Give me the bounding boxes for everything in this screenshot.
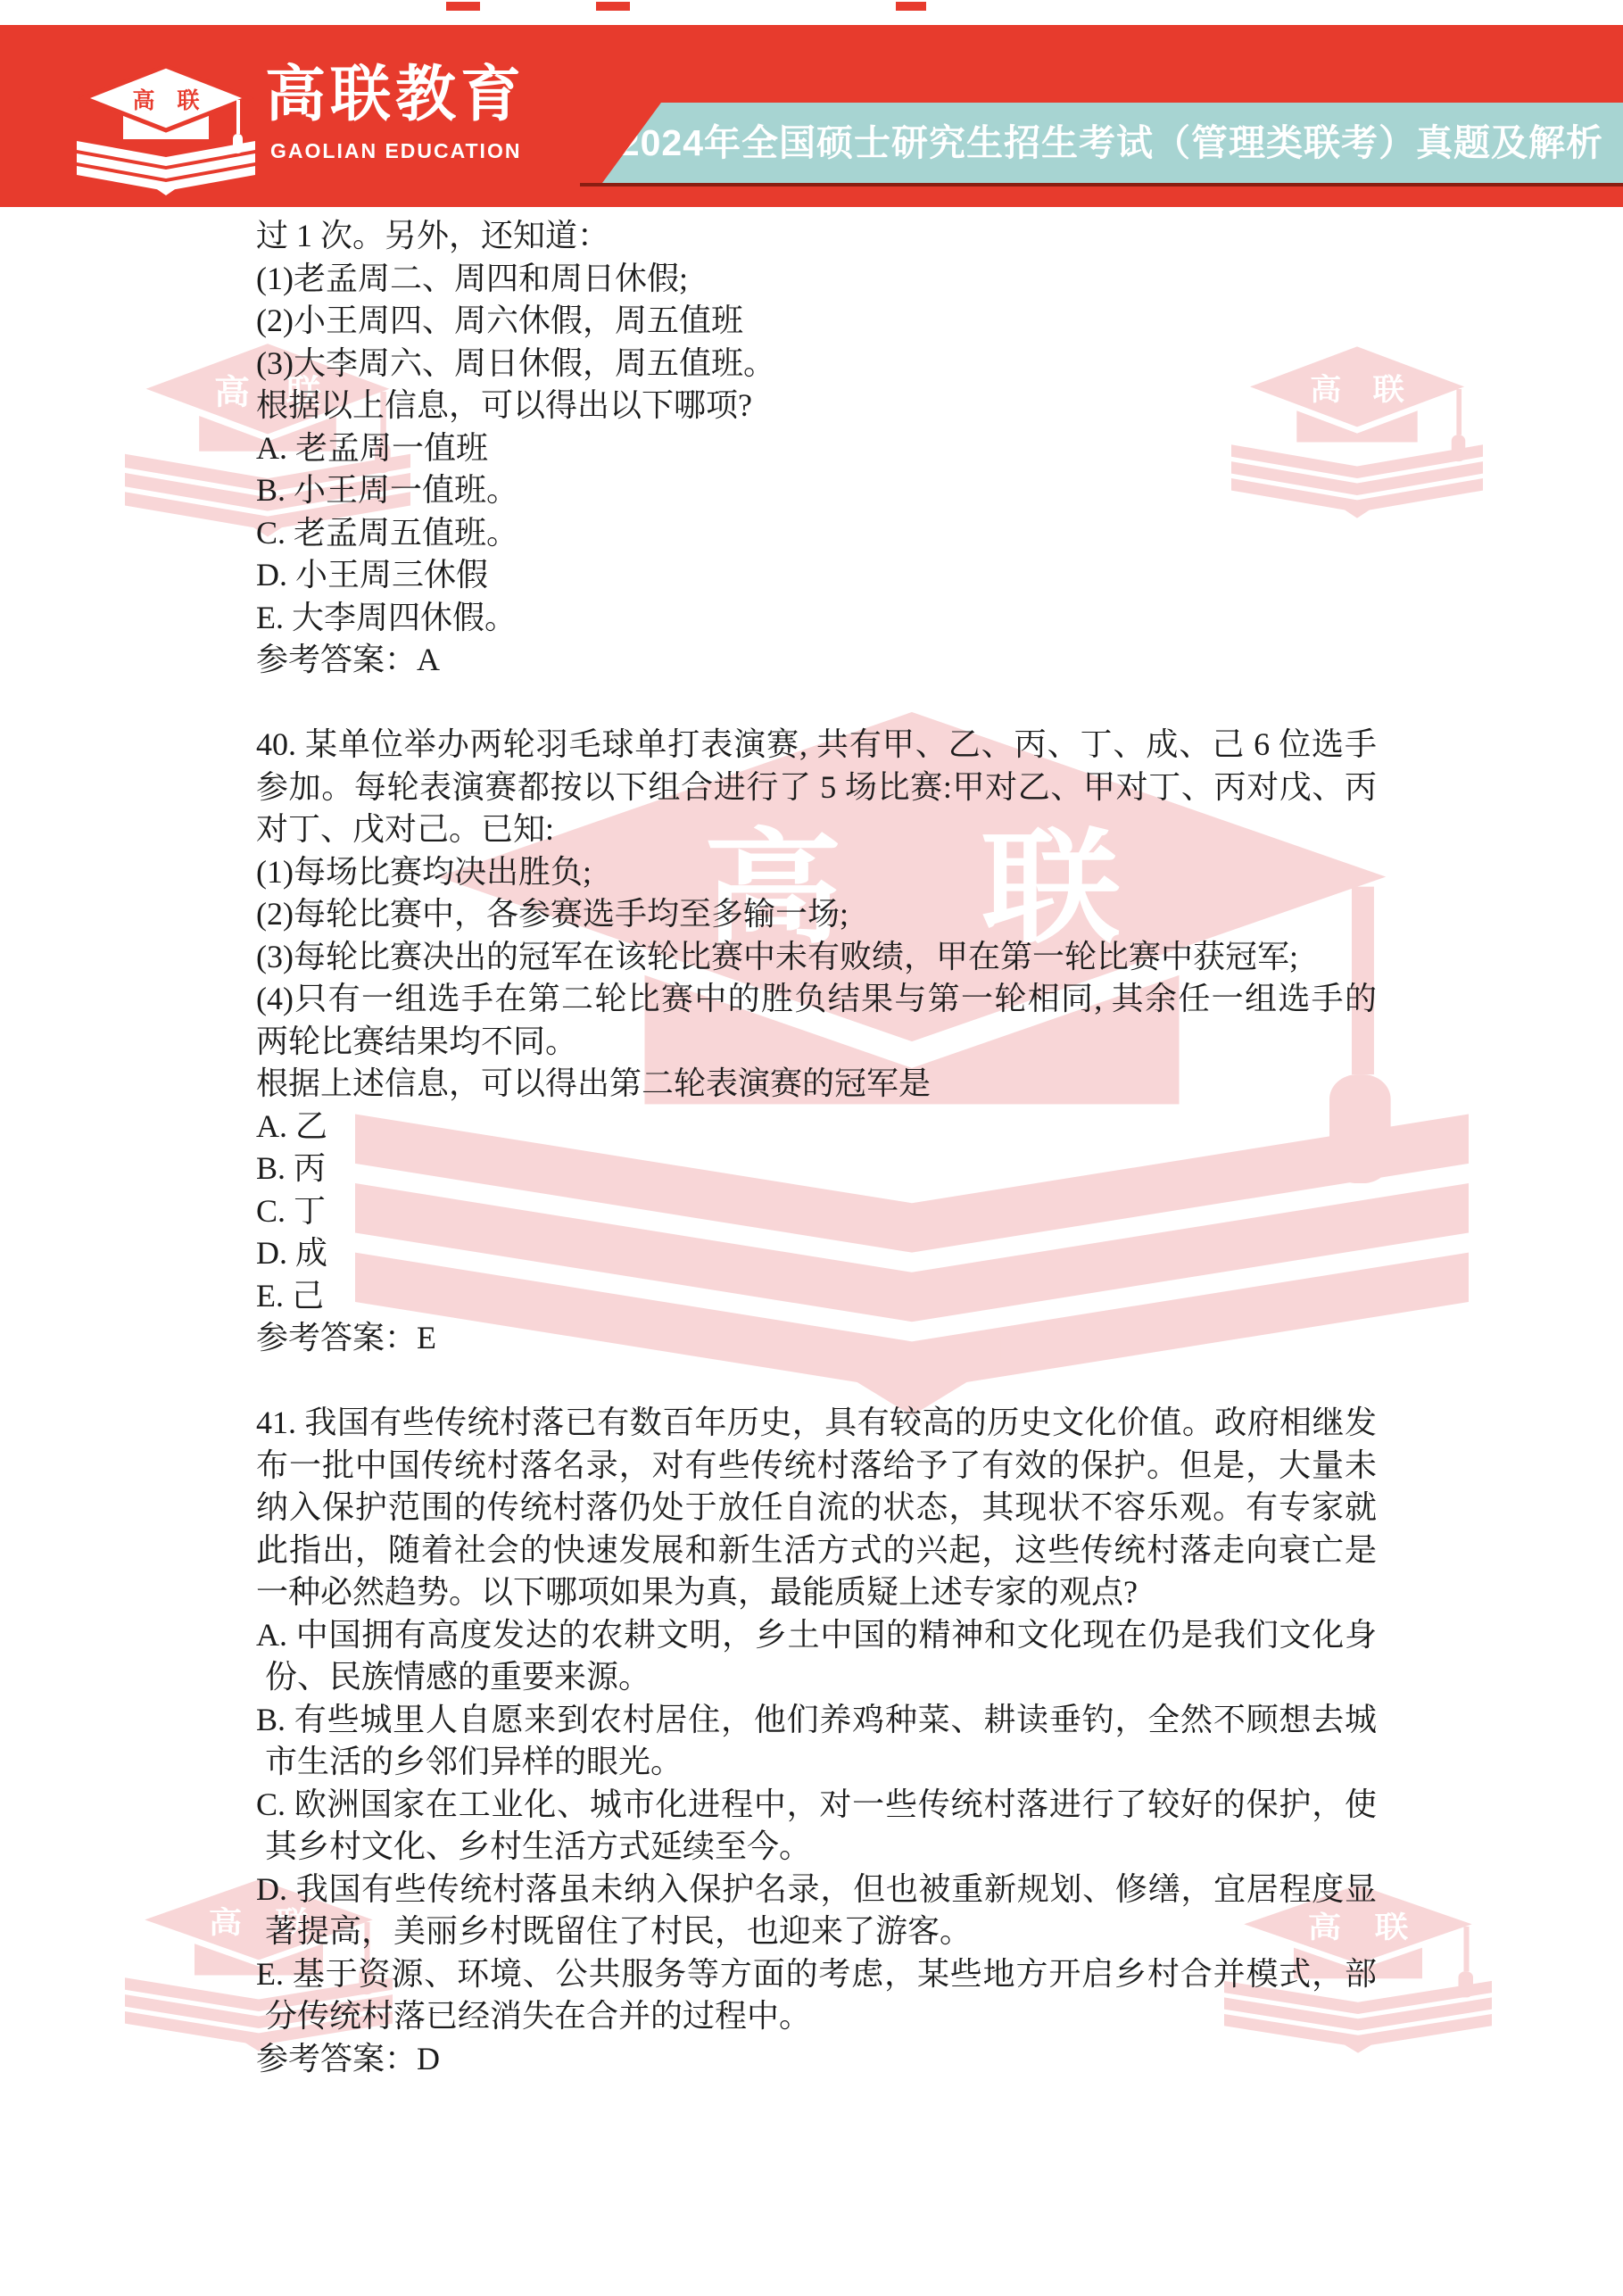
text-line: A. 老孟周一值班 (256, 427, 1377, 470)
text-line: E. 基于资源、环境、公共服务等方面的考虑，某些地方开启乡村合并模式，部 (256, 1953, 1377, 1996)
banner-underline (580, 183, 1623, 186)
text-line: 参加。每轮表演赛都按以下组合进行了 5 场比赛:甲对乙、甲对丁、丙对戊、丙 (256, 767, 1377, 809)
text-line: (3)大李周六、周日休假，周五值班。 (256, 343, 1377, 385)
header: 高联教育 GAOLIAN EDUCATION 2024年全国硕士研究生招生考试（… (0, 25, 1623, 207)
text-line: 市生活的乡邻们异样的眼光。 (256, 1741, 1377, 1784)
text-line: (2)小王周四、周六休假，周五值班 (256, 300, 1377, 343)
text-line: 参考答案：D (256, 2038, 1377, 2081)
text-line: 40. 某单位举办两轮羽毛球单打表演赛, 共有甲、乙、丙、丁、成、己 6 位选手 (256, 724, 1377, 767)
text-line: E. 己 (256, 1275, 1377, 1318)
page: 高 联 高联教育 GAOLIAN EDUCATION 2024年全国硕士研究生招… (0, 0, 1623, 2296)
text-line: D. 小王周三休假 (256, 554, 1377, 597)
text-line: 分传统村落已经消失在合并的过程中。 (256, 1995, 1377, 2038)
text-line: C. 欧洲国家在工业化、城市化进程中，对一些传统村落进行了较好的保护，使 (256, 1784, 1377, 1827)
gaolian-logo-icon (77, 64, 255, 196)
text-line: (1)每场比赛均决出胜负; (256, 851, 1377, 894)
text-line: 根据以上信息，可以得出以下哪项? (256, 385, 1377, 427)
text-line: 布一批中国传统村落名录，对有些传统村落给予了有效的保护。但是，大量未 (256, 1445, 1377, 1488)
text-line: C. 老孟周五值班。 (256, 512, 1377, 555)
text-line: 根据上述信息，可以得出第二轮表演赛的冠军是 (256, 1063, 1377, 1106)
text-line: 两轮比赛结果均不同。 (256, 1021, 1377, 1064)
brand-name-cn: 高联教育 (265, 46, 526, 133)
text-line: 参考答案：A (256, 639, 1377, 682)
text-line: 一种必然趋势。以下哪项如果为真，最能质疑上述专家的观点? (256, 1571, 1377, 1614)
text-line: (3)每轮比赛决出的冠军在该轮比赛中未有败绩，甲在第一轮比赛中获冠军; (256, 936, 1377, 979)
text-line: 著提高，美丽乡村既留住了村民，也迎来了游客。 (256, 1911, 1377, 1953)
text-line: E. 大李周四休假。 (256, 597, 1377, 640)
brand-name-en: GAOLIAN EDUCATION (270, 139, 521, 163)
text-line: 过 1 次。另外，还知道： (256, 215, 1377, 258)
text-line: B. 有些城里人自愿来到农村居住，他们养鸡种菜、耕读垂钓，全然不顾想去城 (256, 1699, 1377, 1742)
text-line: 对丁、戊对己。已知: (256, 808, 1377, 851)
text-line: A. 乙 (256, 1106, 1377, 1148)
text-line: 此指出，随着社会的快速发展和新生活方式的兴起，这些传统村落走向衰亡是 (256, 1529, 1377, 1572)
text-line: 纳入保护范围的传统村落仍处于放任自流的状态，其现状不容乐观。有专家就 (256, 1487, 1377, 1529)
text-line: D. 成 (256, 1232, 1377, 1275)
text-line: 份、民族情感的重要来源。 (256, 1656, 1377, 1699)
text-line: (2)每轮比赛中，各参赛选手均至多输一场; (256, 893, 1377, 936)
text-line: B. 小王周一值班。 (256, 469, 1377, 512)
scan-artifact (446, 2, 480, 11)
text-line: (1)老孟周二、周四和周日休假; (256, 258, 1377, 301)
text-line: 参考答案：E (256, 1317, 1377, 1360)
scan-artifact (596, 2, 630, 11)
text-line: A. 中国拥有高度发达的农耕文明，乡土中国的精神和文化现在仍是我们文化身 (256, 1614, 1377, 1657)
text-line: D. 我国有些传统村落虽未纳入保护名录，但也被重新规划、修缮，宜居程度显 (256, 1869, 1377, 1911)
text-line: (4)只有一组选手在第二轮比赛中的胜负结果与第一轮相同, 其余任一组选手的 (256, 978, 1377, 1021)
scan-artifact (896, 2, 926, 11)
text-line: 41. 我国有些传统村落已有数百年历史，具有较高的历史文化价值。政府相继发 (256, 1402, 1377, 1445)
text-line: 其乡村文化、乡村生活方式延续至今。 (256, 1826, 1377, 1869)
document-body: 过 1 次。另外，还知道：(1)老孟周二、周四和周日休假;(2)小王周四、周六休… (256, 215, 1377, 2080)
text-line: B. 丙 (256, 1148, 1377, 1190)
text-line: C. 丁 (256, 1190, 1377, 1233)
